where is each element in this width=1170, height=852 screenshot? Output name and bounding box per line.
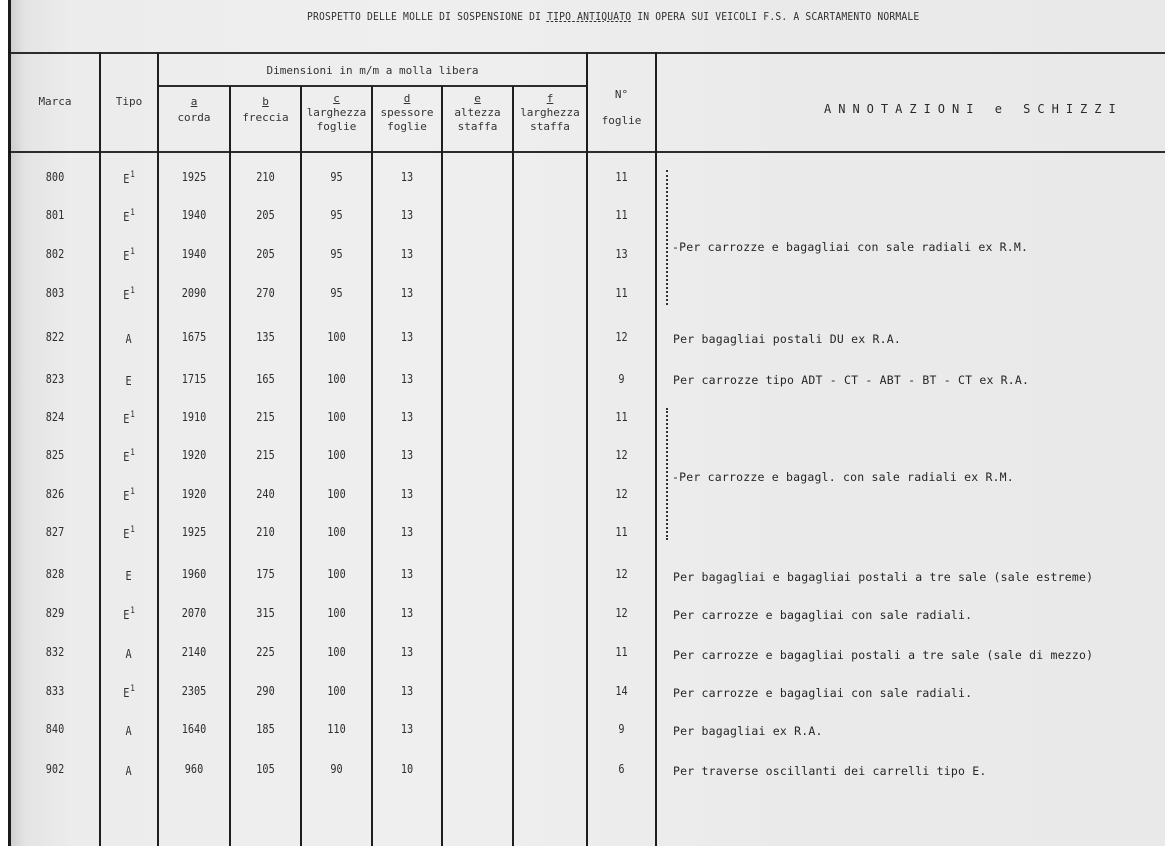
cell-b: 290 — [236, 684, 295, 698]
cell-value: 832 — [46, 645, 64, 659]
cell-value: 210 — [256, 525, 274, 539]
cell-value: 1715 — [182, 372, 207, 386]
cell-value: 13 — [615, 247, 627, 261]
cell-a: 2090 — [164, 286, 224, 300]
cell-value: 12 — [615, 448, 627, 462]
cell-b: 315 — [236, 606, 295, 620]
cell-a: 1960 — [164, 567, 224, 581]
header-c-larghezza-foglie: c larghezza foglie — [302, 92, 371, 134]
header-label: N° — [588, 82, 655, 108]
cell-value: E — [123, 686, 129, 700]
cell-c: 95 — [307, 208, 366, 222]
cell-value: 11 — [615, 525, 627, 539]
cell-value: 100 — [327, 487, 345, 501]
cell-value: 13 — [401, 208, 413, 222]
cell-tipo: E1 — [105, 487, 153, 503]
cell-d: 13 — [378, 372, 436, 386]
cell-b: 185 — [236, 722, 295, 736]
header-label: spessore — [373, 106, 441, 120]
cell-marca: 826 — [18, 487, 93, 501]
header-label: staffa — [514, 120, 586, 134]
cell-value: 1940 — [182, 208, 207, 222]
cell-value: 13 — [401, 487, 413, 501]
cell-c: 100 — [307, 372, 366, 386]
header-bottom-rule — [11, 151, 1165, 153]
cell-value: 825 — [46, 448, 64, 462]
tipo-superscript: 1 — [130, 208, 135, 218]
cell-value: 1925 — [182, 525, 207, 539]
cell-b: 240 — [236, 487, 295, 501]
cell-value: E — [123, 412, 129, 426]
brace-group-1 — [666, 170, 672, 305]
cell-a: 2305 — [164, 684, 224, 698]
cell-value: 13 — [401, 286, 413, 300]
cell-marca: 829 — [18, 606, 93, 620]
cell-value: 135 — [256, 330, 274, 344]
cell-value: 824 — [46, 410, 64, 424]
cell-n: 11 — [593, 286, 650, 300]
tipo-superscript: 1 — [130, 487, 135, 497]
header-e-altezza-staffa: e altezza staffa — [443, 92, 512, 134]
cell-a: 2070 — [164, 606, 224, 620]
title-underlined: TIPO ANTIQUATO — [547, 10, 631, 23]
header-marca: Marca — [11, 94, 99, 110]
cell-value: 840 — [46, 722, 64, 736]
cell-value: E — [123, 172, 129, 186]
cell-b: 175 — [236, 567, 295, 581]
cell-value: 2305 — [182, 684, 207, 698]
cell-value: 14 — [615, 684, 627, 698]
cell-a: 1925 — [164, 170, 224, 184]
cell-tipo: E1 — [105, 208, 153, 224]
cell-value: E — [123, 288, 129, 302]
cell-marca: 825 — [18, 448, 93, 462]
table-top-rule — [11, 52, 1165, 54]
cell-c: 100 — [307, 567, 366, 581]
cell-value: 2140 — [182, 645, 207, 659]
cell-value: 13 — [401, 722, 413, 736]
cell-d: 13 — [378, 567, 436, 581]
cell-value: 833 — [46, 684, 64, 698]
title-prefix: PROSPETTO DELLE MOLLE DI SOSPENSIONE DI — [307, 10, 547, 23]
cell-d: 13 — [378, 525, 436, 539]
cell-value: 960 — [185, 762, 203, 776]
cell-tipo: E1 — [105, 684, 153, 700]
cell-value: 2090 — [182, 286, 207, 300]
header-label: foglie — [302, 120, 371, 134]
annotation-text: -Per carrozze e bagagl. con sale radiali… — [672, 470, 1014, 484]
cell-tipo: E1 — [105, 410, 153, 426]
cell-b: 205 — [236, 208, 295, 222]
cell-value: 95 — [330, 208, 342, 222]
cell-value: 826 — [46, 487, 64, 501]
cell-d: 10 — [378, 762, 436, 776]
cell-value: 1920 — [182, 487, 207, 501]
cell-value: 13 — [401, 684, 413, 698]
header-b-freccia: b freccia — [231, 94, 300, 126]
col-divider — [371, 86, 373, 846]
tipo-superscript: 1 — [130, 606, 135, 616]
cell-c: 100 — [307, 684, 366, 698]
annotation-text: Per traverse oscillanti dei carrelli tip… — [673, 764, 986, 778]
cell-marca: 801 — [18, 208, 93, 222]
cell-value: 2070 — [182, 606, 207, 620]
cell-n: 12 — [593, 330, 650, 344]
cell-c: 100 — [307, 330, 366, 344]
cell-value: 13 — [401, 645, 413, 659]
cell-value: 1940 — [182, 247, 207, 261]
cell-value: 11 — [615, 410, 627, 424]
cell-marca: 902 — [18, 762, 93, 776]
cell-value: 210 — [256, 170, 274, 184]
annotation-text: Per bagagliai ex R.A. — [673, 724, 823, 738]
cell-a: 1940 — [164, 208, 224, 222]
cell-value: 205 — [256, 247, 274, 261]
cell-value: 175 — [256, 567, 274, 581]
cell-c: 95 — [307, 286, 366, 300]
cell-tipo: E1 — [105, 606, 153, 622]
header-d-spessore-foglie: d spessore foglie — [373, 92, 441, 134]
cell-c: 100 — [307, 606, 366, 620]
cell-marca: 832 — [18, 645, 93, 659]
annotation-text: Per bagagliai e bagagliai postali a tre … — [673, 570, 1093, 584]
cell-c: 100 — [307, 525, 366, 539]
cell-c: 100 — [307, 487, 366, 501]
cell-value: 10 — [401, 762, 413, 776]
cell-n: 12 — [593, 606, 650, 620]
cell-value: 100 — [327, 525, 345, 539]
cell-value: 185 — [256, 722, 274, 736]
cell-n: 9 — [593, 372, 650, 386]
cell-tipo: E — [105, 567, 153, 583]
cell-value: 1640 — [182, 722, 207, 736]
cell-d: 13 — [378, 684, 436, 698]
title-suffix: IN OPERA SUI VEICOLI F.S. A SCARTAMENTO … — [631, 10, 919, 23]
cell-b: 205 — [236, 247, 295, 261]
cell-n: 14 — [593, 684, 650, 698]
cell-tipo: E1 — [105, 247, 153, 263]
cell-value: A — [125, 332, 131, 346]
cell-b: 215 — [236, 410, 295, 424]
cell-b: 225 — [236, 645, 295, 659]
header-letter: e — [443, 92, 512, 106]
annotation-text: Per carrozze e bagagliai con sale radial… — [673, 608, 972, 622]
cell-n: 12 — [593, 567, 650, 581]
cell-value: E — [123, 249, 129, 263]
col-divider — [441, 86, 443, 846]
cell-a: 1640 — [164, 722, 224, 736]
cell-value: 100 — [327, 606, 345, 620]
cell-a: 1675 — [164, 330, 224, 344]
cell-b: 165 — [236, 372, 295, 386]
cell-a: 1910 — [164, 410, 224, 424]
cell-value: 240 — [256, 487, 274, 501]
col-divider — [512, 86, 514, 846]
cell-value: 829 — [46, 606, 64, 620]
tipo-superscript: 1 — [130, 684, 135, 694]
cell-tipo: A — [105, 330, 153, 346]
tipo-superscript: 1 — [130, 247, 135, 257]
cell-value: 95 — [330, 286, 342, 300]
cell-value: 11 — [615, 286, 627, 300]
cell-value: 6 — [618, 762, 624, 776]
header-label: larghezza — [514, 106, 586, 120]
cell-c: 100 — [307, 410, 366, 424]
cell-value: 270 — [256, 286, 274, 300]
cell-a: 1715 — [164, 372, 224, 386]
cell-d: 13 — [378, 645, 436, 659]
cell-value: 828 — [46, 567, 64, 581]
cell-marca: 802 — [18, 247, 93, 261]
cell-value: 215 — [256, 410, 274, 424]
cell-tipo: E1 — [105, 170, 153, 186]
cell-value: 12 — [615, 606, 627, 620]
cell-n: 12 — [593, 448, 650, 462]
header-n-foglie: N° foglie — [588, 82, 655, 134]
cell-value: 95 — [330, 170, 342, 184]
cell-a: 960 — [164, 762, 224, 776]
cell-value: 823 — [46, 372, 64, 386]
cell-c: 110 — [307, 722, 366, 736]
annotation-text: Per carrozze e bagagliai con sale radial… — [673, 686, 972, 700]
cell-value: A — [125, 764, 131, 778]
document-sheet: PROSPETTO DELLE MOLLE DI SOSPENSIONE DI … — [8, 0, 1165, 846]
cell-b: 210 — [236, 525, 295, 539]
cell-a: 2140 — [164, 645, 224, 659]
header-letter: b — [231, 94, 300, 110]
cell-value: 1960 — [182, 567, 207, 581]
cell-value: 205 — [256, 208, 274, 222]
cell-value: 290 — [256, 684, 274, 698]
cell-d: 13 — [378, 330, 436, 344]
cell-value: 100 — [327, 567, 345, 581]
cell-c: 100 — [307, 645, 366, 659]
cell-value: 100 — [327, 410, 345, 424]
cell-value: A — [125, 647, 131, 661]
header-letter: f — [514, 92, 586, 106]
cell-value: 11 — [615, 208, 627, 222]
cell-value: E — [123, 608, 129, 622]
cell-d: 13 — [378, 170, 436, 184]
cell-value: 225 — [256, 645, 274, 659]
tipo-superscript: 1 — [130, 170, 135, 180]
cell-value: E — [125, 569, 131, 583]
cell-value: 12 — [615, 567, 627, 581]
cell-value: E — [123, 450, 129, 464]
cell-value: 803 — [46, 286, 64, 300]
annotation-text: -Per carrozze e bagagliai con sale radia… — [672, 240, 1028, 254]
cell-tipo: A — [105, 722, 153, 738]
cell-c: 95 — [307, 247, 366, 261]
header-label: foglie — [373, 120, 441, 134]
cell-value: 315 — [256, 606, 274, 620]
header-a-corda: a corda — [159, 94, 229, 126]
cell-value: 13 — [401, 525, 413, 539]
header-letter: a — [159, 94, 229, 110]
cell-value: E — [123, 210, 129, 224]
header-letter: d — [373, 92, 441, 106]
cell-a: 1920 — [164, 487, 224, 501]
cell-d: 13 — [378, 208, 436, 222]
cell-d: 13 — [378, 487, 436, 501]
col-divider — [99, 52, 101, 846]
cell-value: 100 — [327, 684, 345, 698]
col-divider — [586, 52, 588, 846]
cell-n: 6 — [593, 762, 650, 776]
cell-tipo: A — [105, 645, 153, 661]
cell-value: 902 — [46, 762, 64, 776]
cell-value: 801 — [46, 208, 64, 222]
cell-b: 210 — [236, 170, 295, 184]
cell-b: 270 — [236, 286, 295, 300]
cell-n: 11 — [593, 170, 650, 184]
cell-value: 1910 — [182, 410, 207, 424]
cell-n: 12 — [593, 487, 650, 501]
cell-value: 802 — [46, 247, 64, 261]
cell-b: 105 — [236, 762, 295, 776]
tipo-superscript: 1 — [130, 525, 135, 535]
cell-value: 9 — [618, 372, 624, 386]
cell-tipo: E1 — [105, 525, 153, 541]
cell-marca: 800 — [18, 170, 93, 184]
cell-value: 95 — [330, 247, 342, 261]
cell-value: 100 — [327, 645, 345, 659]
cell-value: 1925 — [182, 170, 207, 184]
cell-marca: 833 — [18, 684, 93, 698]
cell-value: 90 — [330, 762, 342, 776]
cell-value: 13 — [401, 606, 413, 620]
cell-n: 11 — [593, 645, 650, 659]
annotation-text: Per bagagliai postali DU ex R.A. — [673, 332, 901, 346]
header-label: foglie — [588, 108, 655, 134]
cell-value: 827 — [46, 525, 64, 539]
cell-value: 100 — [327, 448, 345, 462]
cell-marca: 823 — [18, 372, 93, 386]
cell-value: 12 — [615, 330, 627, 344]
tipo-superscript: 1 — [130, 410, 135, 420]
cell-value: 13 — [401, 247, 413, 261]
cell-marca: 840 — [18, 722, 93, 736]
header-letter: c — [302, 92, 371, 106]
cell-b: 135 — [236, 330, 295, 344]
cell-c: 90 — [307, 762, 366, 776]
document-title: PROSPETTO DELLE MOLLE DI SOSPENSIONE DI … — [307, 10, 919, 23]
cell-marca: 824 — [18, 410, 93, 424]
header-label: corda — [177, 111, 210, 124]
cell-b: 215 — [236, 448, 295, 462]
cell-n: 11 — [593, 410, 650, 424]
cell-value: E — [123, 527, 129, 541]
cell-value: 1920 — [182, 448, 207, 462]
cell-tipo: E1 — [105, 448, 153, 464]
cell-d: 13 — [378, 286, 436, 300]
tipo-superscript: 1 — [130, 448, 135, 458]
cell-value: 11 — [615, 645, 627, 659]
header-label: freccia — [242, 111, 288, 124]
cell-tipo: E1 — [105, 286, 153, 302]
header-annotations: ANNOTAZIONI e SCHIZZI — [824, 102, 1123, 116]
cell-value: 100 — [327, 330, 345, 344]
cell-value: 13 — [401, 448, 413, 462]
col-divider — [157, 52, 159, 846]
cell-c: 100 — [307, 448, 366, 462]
cell-d: 13 — [378, 247, 436, 261]
header-label: altezza — [443, 106, 512, 120]
cell-value: 105 — [256, 762, 274, 776]
cell-value: 215 — [256, 448, 274, 462]
cell-a: 1920 — [164, 448, 224, 462]
cell-value: 11 — [615, 170, 627, 184]
cell-value: E — [123, 489, 129, 503]
cell-d: 13 — [378, 722, 436, 736]
cell-value: 13 — [401, 170, 413, 184]
col-divider — [229, 86, 231, 846]
cell-value: E — [125, 374, 131, 388]
cell-value: 1675 — [182, 330, 207, 344]
cell-value: 100 — [327, 372, 345, 386]
header-tipo: Tipo — [101, 94, 157, 110]
cell-n: 11 — [593, 525, 650, 539]
cell-value: 13 — [401, 410, 413, 424]
cell-value: 13 — [401, 330, 413, 344]
cell-d: 13 — [378, 410, 436, 424]
cell-n: 13 — [593, 247, 650, 261]
cell-value: A — [125, 724, 131, 738]
cell-marca: 803 — [18, 286, 93, 300]
cell-value: 822 — [46, 330, 64, 344]
col-divider — [300, 86, 302, 846]
col-divider — [655, 52, 657, 846]
tipo-superscript: 1 — [130, 286, 135, 296]
cell-marca: 828 — [18, 567, 93, 581]
cell-a: 1940 — [164, 247, 224, 261]
cell-marca: 827 — [18, 525, 93, 539]
header-f-larghezza-staffa: f larghezza staffa — [514, 92, 586, 134]
cell-tipo: A — [105, 762, 153, 778]
cell-d: 13 — [378, 448, 436, 462]
annotation-text: Per carrozze e bagagliai postali a tre s… — [673, 648, 1093, 662]
cell-n: 9 — [593, 722, 650, 736]
cell-n: 11 — [593, 208, 650, 222]
cell-value: 13 — [401, 567, 413, 581]
annotation-text: Per carrozze tipo ADT - CT - ABT - BT - … — [673, 373, 1029, 387]
cell-tipo: E — [105, 372, 153, 388]
cell-value: 800 — [46, 170, 64, 184]
header-dimensions-group: Dimensioni in m/m a molla libera — [159, 63, 586, 79]
cell-value: 165 — [256, 372, 274, 386]
cell-value: 110 — [327, 722, 345, 736]
cell-a: 1925 — [164, 525, 224, 539]
header-label: staffa — [443, 120, 512, 134]
cell-value: 12 — [615, 487, 627, 501]
cell-d: 13 — [378, 606, 436, 620]
cell-c: 95 — [307, 170, 366, 184]
cell-value: 9 — [618, 722, 624, 736]
cell-value: 13 — [401, 372, 413, 386]
header-label: larghezza — [302, 106, 371, 120]
cell-marca: 822 — [18, 330, 93, 344]
